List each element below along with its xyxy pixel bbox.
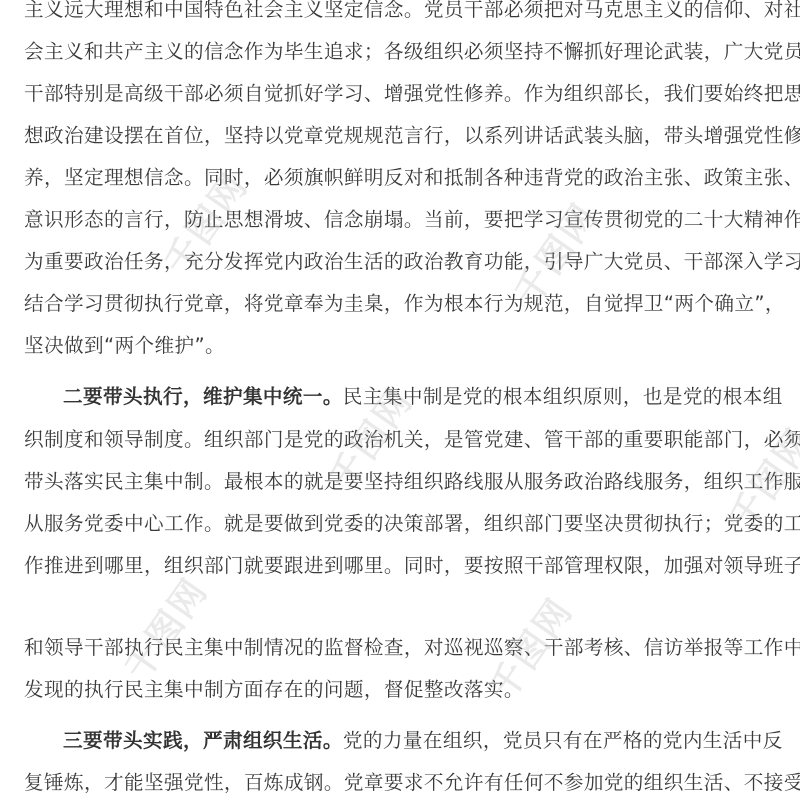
text-line: 意识形态的言行，防止思想滑坡、信念崩塌。当前，要把学习宣传贯彻党的二十大精神作	[24, 208, 784, 232]
text-line: 作推进到哪里，组织部门就要跟进到哪里。同时，要按照干部管理权限，加强对领导班子	[24, 554, 784, 578]
paragraph-2-lead-text: 民主集中制是党的根本组织原则，也是党的根本组	[343, 385, 783, 408]
text-line: 干部特别是高级干部必须自觉抓好学习、增强党性修养。作为组织部长，我们要始终把思	[24, 82, 784, 106]
text-line: 从服务党委中心工作。就是要做到党委的决策部署，组织部门要坚决贯彻执行；党委的工	[24, 512, 784, 536]
text-line: 养，坚定理想信念。同时，必须旗帜鲜明反对和抵制各种违背党的政治主张、政策主张、	[24, 166, 784, 190]
text-line: 发现的执行民主集中制方面存在的问题，督促整改落实。	[24, 678, 784, 702]
paragraph-2-first-line: 二要带头执行，维护集中统一。民主集中制是党的根本组织原则，也是党的根本组	[63, 385, 800, 409]
text-line: 织制度和领导制度。组织部门是党的政治机关，是管党建、管干部的重要职能部门，必须	[24, 428, 784, 452]
paragraph-3-heading: 三要带头实践，严肃组织生活。	[63, 729, 343, 752]
text-line: 主义远大理想和中国特色社会主义坚定信念。党员干部必须把对马克思主义的信仰、对社	[24, 0, 784, 22]
text-line: 为重要政治任务，充分发挥党内政治生活的政治教育功能，引导广大党员、干部深入学习，	[24, 250, 784, 274]
text-line: 结合学习贯彻执行党章，将党章奉为圭臬，作为根本行为规范，自觉捍卫“两个确立”，	[24, 292, 784, 316]
paragraph-3-lead-text: 党的力量在组织，党员只有在严格的党内生活中反	[343, 729, 783, 752]
text-line: 想政治建设摆在首位，坚持以党章党规规范言行，以系列讲话武装头脑，带头增强党性修	[24, 124, 784, 148]
text-line: 和领导干部执行民主集中制情况的监督检查，对巡视巡察、干部考核、信访举报等工作中，	[24, 636, 784, 660]
text-line: 坚决做到“两个维护”。	[24, 334, 784, 358]
paragraph-2-heading: 二要带头执行，维护集中统一。	[63, 385, 343, 408]
document-page: 主义远大理想和中国特色社会主义坚定信念。党员干部必须把对马克思主义的信仰、对社 …	[0, 0, 800, 800]
text-line: 复锤炼，才能坚强党性，百炼成钢。党章要求不允许有任何不参加党的组织生活、不接受	[24, 771, 784, 795]
paragraph-3-first-line: 三要带头实践，严肃组织生活。党的力量在组织，党员只有在严格的党内生活中反	[63, 729, 800, 753]
text-line: 会主义和共产主义的信念作为毕生追求；各级组织必须坚持不懈抓好理论武装，广大党员、	[24, 40, 784, 64]
text-line: 带头落实民主集中制。最根本的就是要坚持组织路线服从服务政治路线服务，组织工作服	[24, 470, 784, 494]
